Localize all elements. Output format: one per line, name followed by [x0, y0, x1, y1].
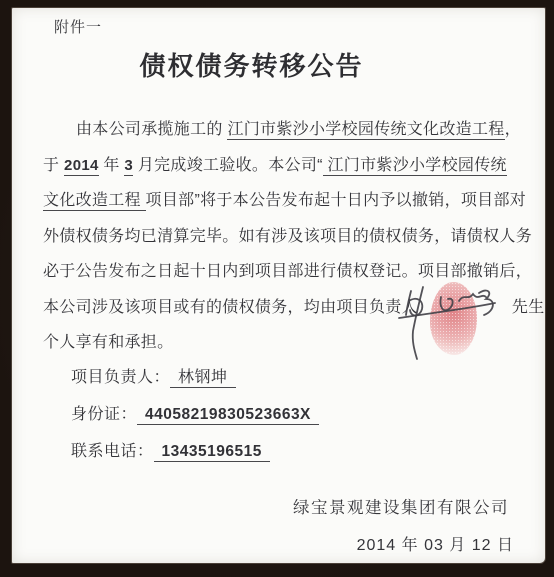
company-name: 绿宝景观建设集团有限公司 — [293, 494, 509, 518]
phone-label: 联系电话： — [71, 443, 154, 460]
text-segment: 由本公司承揽施工的 — [76, 121, 227, 138]
issue-date: 2014 年 03 月 12 日 — [357, 532, 514, 555]
text-segment: 3 — [124, 157, 133, 176]
body-line-2: 于 2014 年 3 月完成竣工验收。本公司“ 江门市紫沙小学校园传统 — [43, 148, 515, 184]
text-segment: 个人享有和承担。 — [43, 334, 173, 351]
document-page: 附件一 债权债务转移公告 由本公司承揽施工的 江门市紫沙小学校园传统文化改造工程… — [11, 7, 546, 564]
document-title: 债权债务转移公告 — [0, 46, 518, 83]
text-segment: 外债权债务均已清算完毕。如有涉及该项目的债权债务，请债权人务 — [43, 228, 532, 245]
body-line-4: 外债权债务均已清算完毕。如有涉及该项目的债权债务，请债权人务 — [43, 219, 515, 255]
phone-value: 13435196515 — [154, 443, 270, 462]
text-segment: 文化改造工程 — [43, 192, 146, 211]
body-line-3: 文化改造工程 项目部”将于本公告发布起十日内予以撤销，项目部对 — [43, 183, 515, 219]
text-segment: 于 — [43, 157, 64, 174]
attachment-label: 附件一 — [54, 16, 102, 37]
id-number-value: 44058219830523663X — [137, 406, 319, 425]
text-segment: 项目部”将于本公告发布起十日内予以撤销，项目部对 — [146, 192, 527, 209]
phone-row: 联系电话：13435196515 — [71, 433, 319, 470]
text-segment: 年 — [99, 157, 125, 174]
text-segment: 2014 — [64, 157, 99, 176]
contact-info: 项目负责人：林钢坤 身份证：44058219830523663X 联系电话：13… — [71, 359, 319, 470]
responsible-person-value: 林钢坤 — [170, 369, 236, 388]
scanned-document-background: { "colors": { "frame": "#241b15", "paper… — [0, 0, 554, 577]
text-segment: 月完成竣工验收。本公司“ — [133, 157, 323, 174]
responsible-person-label: 项目负责人： — [71, 369, 170, 386]
body-line-1: 由本公司承揽施工的 江门市紫沙小学校园传统文化改造工程， — [43, 112, 515, 148]
id-number-label: 身份证： — [71, 406, 137, 423]
text-segment: 江门市紫沙小学校园传统 — [323, 157, 507, 176]
id-number-row: 身份证：44058219830523663X — [71, 396, 319, 433]
text-segment: 本公司涉及该项目或有的债权债务，均由项目负责人 — [43, 299, 418, 316]
text-segment: 必于公告发布之日起十日内到项目部进行债权登记。项目部撤销后， — [43, 263, 532, 280]
responsible-person-row: 项目负责人：林钢坤 — [71, 359, 319, 396]
text-segment: 江门市紫沙小学校园传统文化改造工程 — [227, 121, 504, 140]
text-segment: ， — [505, 121, 521, 138]
handwritten-signature — [396, 279, 526, 371]
